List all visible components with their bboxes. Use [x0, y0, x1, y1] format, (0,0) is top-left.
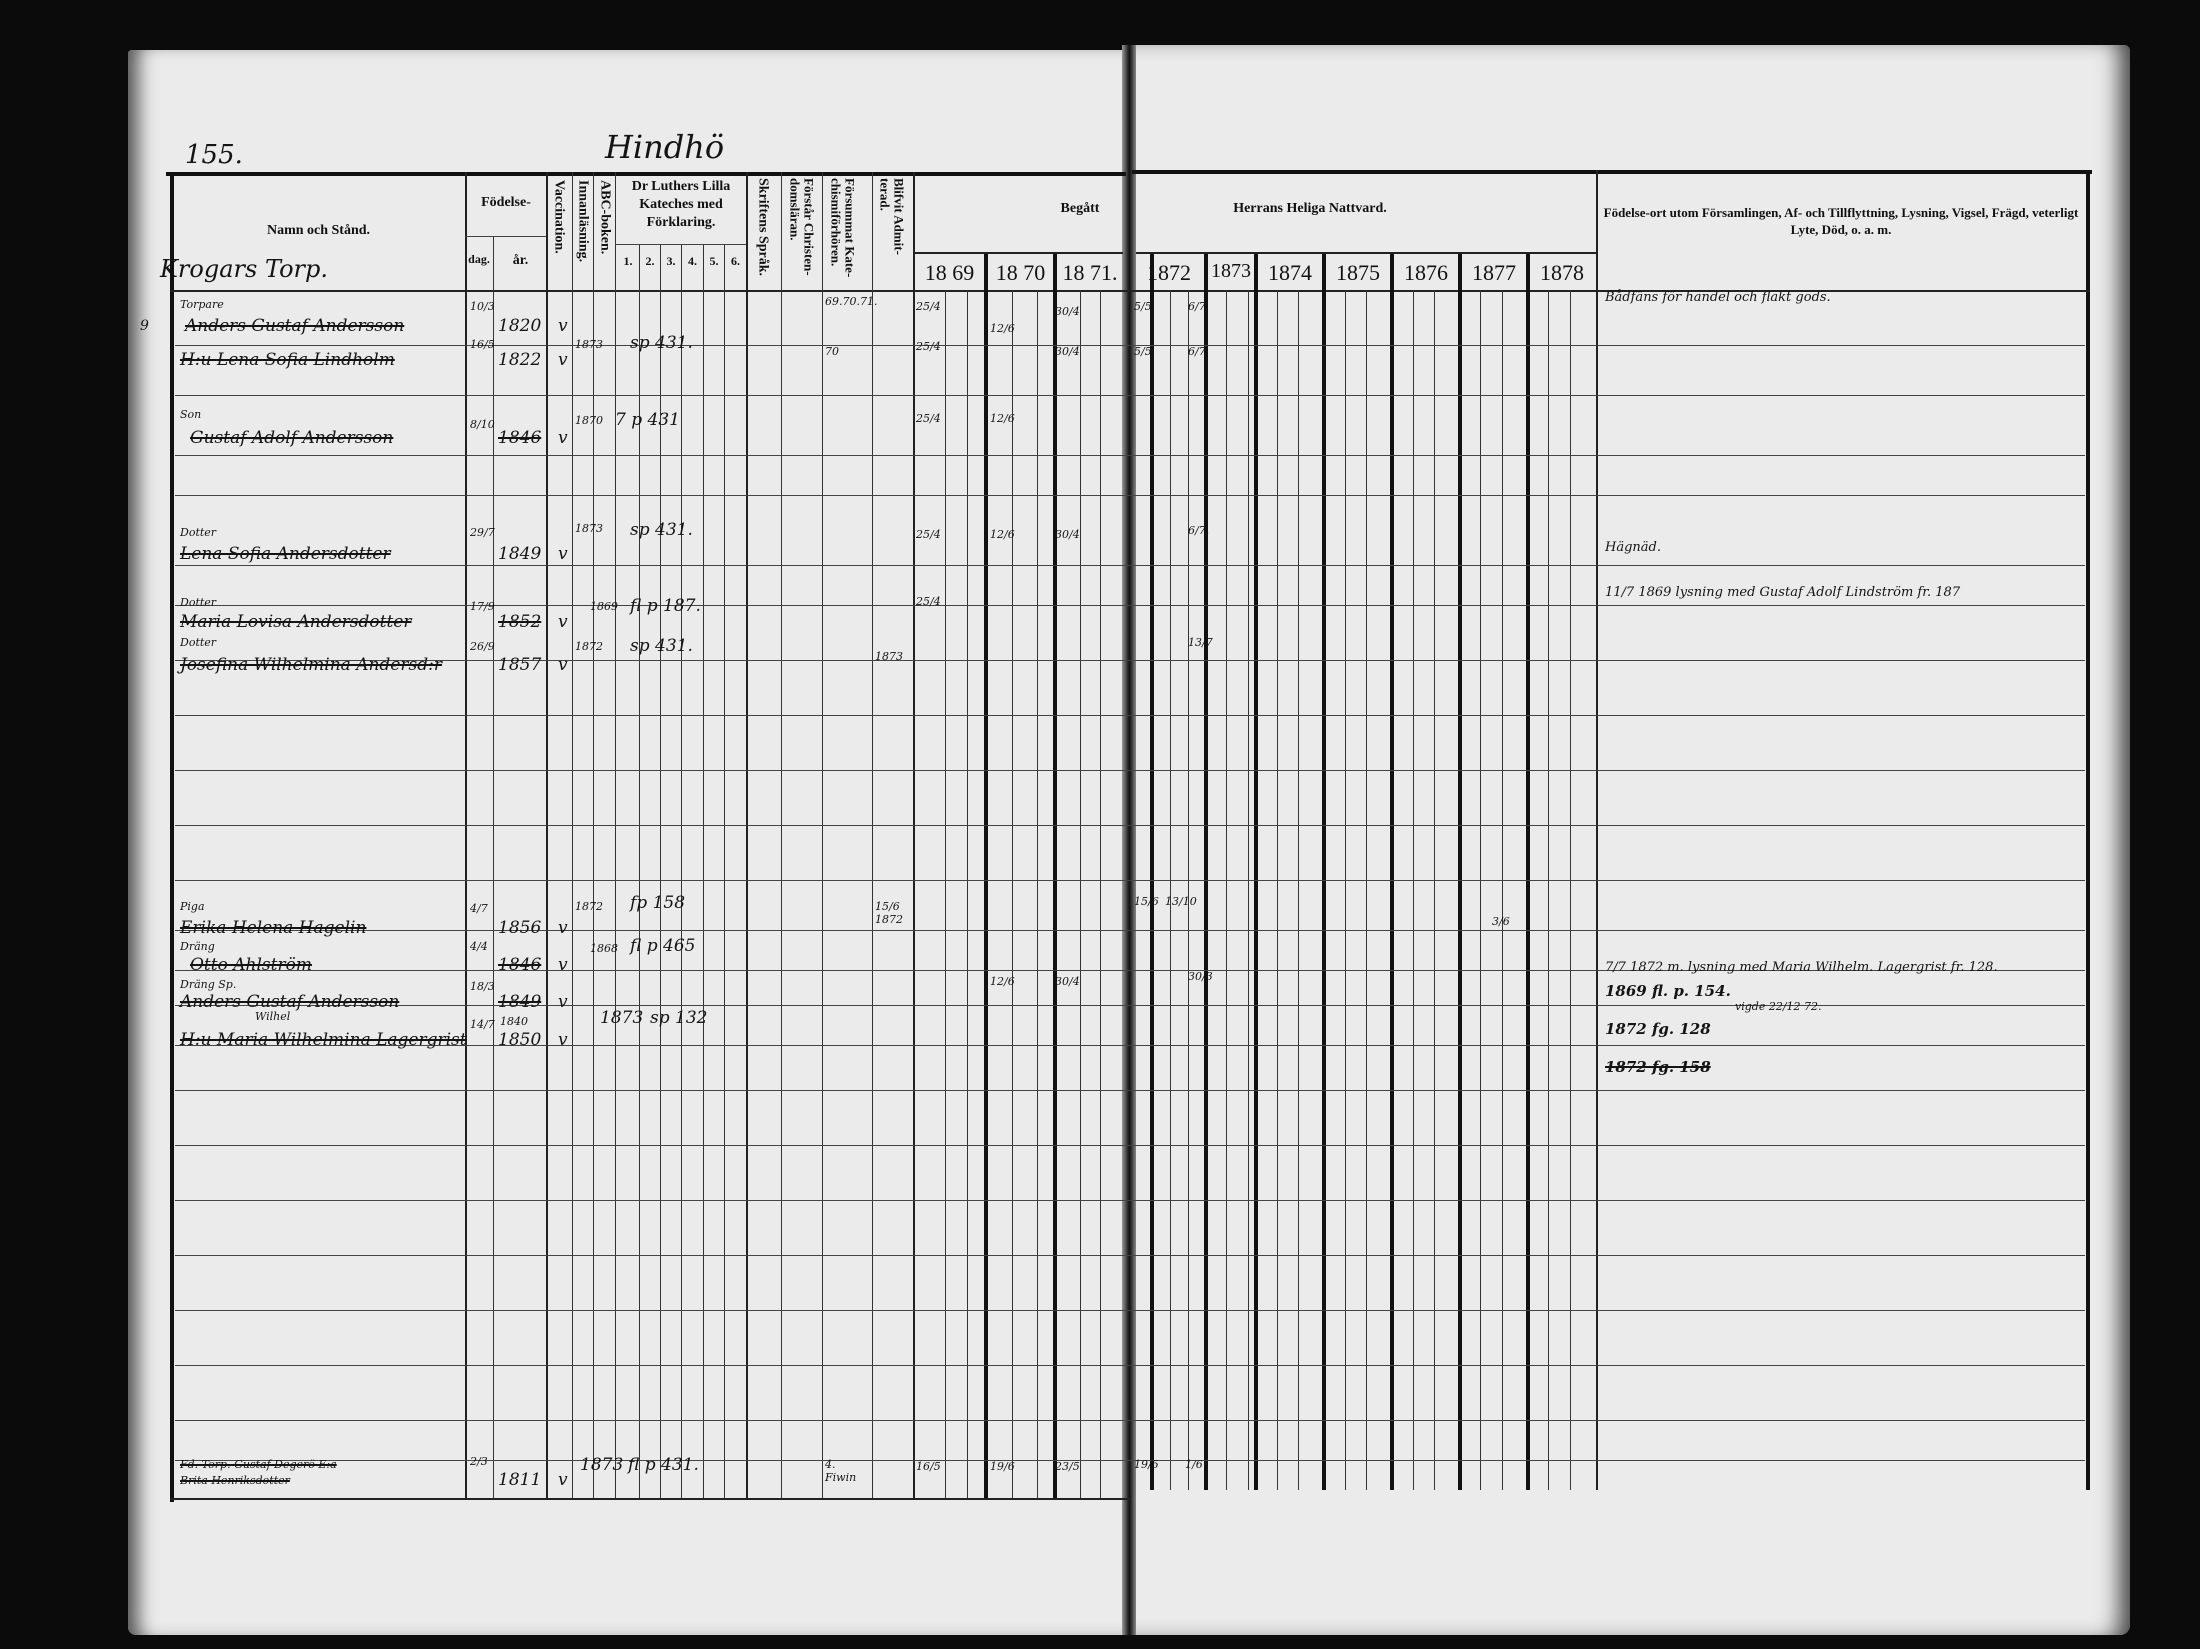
entry-year: 1849	[498, 544, 541, 564]
entry-catechism: sp 431.	[630, 636, 693, 656]
entry-vaccination: v	[558, 544, 568, 564]
entry-vaccination: v	[558, 428, 568, 448]
entry-communion-1869: 25/4	[916, 300, 941, 313]
entry-communion-1869: 25/4	[916, 412, 941, 425]
entry-communion-1870: 19/6	[990, 1460, 1015, 1473]
entry-catechism: sp 431.	[630, 333, 693, 353]
entry-communion-1870: 12/6	[990, 322, 1015, 335]
entry-catechism: sp 132	[650, 1008, 707, 1028]
header-communion-right: Herrans Heliga Nattvard.	[1160, 200, 1460, 218]
col-rule	[822, 172, 823, 1498]
entry-day: 18/3	[470, 980, 495, 993]
left-page	[128, 50, 1128, 1635]
col-rule	[781, 172, 782, 1498]
entry-name: Maria Lovisa Andersdotter	[180, 612, 411, 632]
col-rule	[913, 172, 915, 1498]
entry-vaccination: v	[558, 316, 568, 336]
place-heading: Hindhö	[605, 128, 724, 166]
entry-role: H:u	[180, 350, 212, 370]
entry-role: H:u	[180, 1030, 212, 1050]
col-rule	[465, 172, 467, 1498]
entry-vaccination: v	[558, 992, 568, 1012]
catechism-part-5: 5.	[704, 254, 724, 270]
entry-communion-1873: 6/7.	[1188, 524, 1209, 537]
row-marker: 9	[140, 318, 149, 334]
catechism-part-1: 1.	[617, 254, 639, 270]
catechism-sub-rule	[615, 244, 746, 245]
year-row-rule	[1136, 252, 1596, 254]
entry-note: Wilhel	[255, 1010, 290, 1023]
col-rule	[1150, 252, 1154, 1490]
entry-role: Dotter	[180, 636, 216, 649]
header-missed: Försummat Kate- chismiförhören.	[828, 178, 857, 277]
table-top-left	[166, 172, 1126, 176]
year-1871: 18 71.	[1057, 260, 1123, 286]
entry-communion-1873: 6/7	[1188, 345, 1206, 358]
col-rule	[615, 172, 616, 1498]
row-rule	[175, 825, 2085, 826]
header-birth-day: dag.	[465, 252, 493, 268]
year-1869: 18 69	[915, 260, 984, 286]
table-bottom-left	[170, 1498, 1130, 1500]
entry-year: 1852	[498, 612, 541, 632]
year-1874: 1874	[1258, 260, 1322, 286]
catechism-part-2: 2.	[640, 254, 660, 270]
col-rule	[1322, 252, 1326, 1490]
header-reading: Innanläsning.	[575, 180, 590, 262]
entry-catechism: fl p 465	[630, 936, 695, 956]
entry-missed: 4. Fiwin	[825, 1458, 865, 1484]
header-birth-year: år.	[495, 252, 546, 270]
table-left-border	[170, 172, 174, 1502]
entry-catechism: fp 158	[630, 893, 685, 913]
header-abc: ABC-boken.	[597, 180, 612, 254]
year-1876: 1876	[1394, 260, 1458, 286]
col-rule	[1526, 252, 1530, 1490]
row-rule	[175, 455, 2085, 456]
col-rule	[1204, 252, 1208, 1490]
entry-abc: 1873	[575, 522, 603, 535]
header-birth: Födelse-	[467, 194, 545, 212]
entry-name: H:u Lena Sofia Lindholm	[180, 350, 395, 370]
row-rule	[175, 1310, 2085, 1311]
row-rule	[175, 1200, 2085, 1201]
entry-role: Dräng Sp.	[180, 978, 236, 991]
col-rule	[546, 172, 548, 1498]
entry-day: 14/7	[470, 1018, 495, 1031]
header-name: Namn och Stånd.	[172, 222, 465, 240]
entry-communion-1873: 30/3	[1188, 970, 1213, 983]
col-rule	[967, 290, 968, 1498]
entry-name: Anders Gustaf Andersson	[185, 316, 404, 336]
entry-role: Fd. Torp.	[180, 1458, 231, 1471]
entry-communion-1873: 1/6	[1185, 1458, 1203, 1471]
row-rule	[175, 1420, 2085, 1421]
col-rule	[1037, 290, 1038, 1498]
entry-year: 1857	[498, 655, 541, 675]
year-row-rule	[913, 252, 1123, 254]
col-rule	[1080, 290, 1081, 1498]
entry-vaccination: v	[558, 1470, 568, 1490]
col-rule	[1100, 290, 1101, 1498]
entry-name: H:u Maria Wilhelmina Lagergrist	[180, 1030, 467, 1050]
entry-communion-1870: 12/6	[990, 975, 1015, 988]
row-rule	[175, 605, 2085, 606]
entry-communion-1872: 5/5	[1134, 345, 1152, 358]
row-rule	[175, 715, 2085, 716]
entry-name: Fd. Torp. Gustaf Degerö E:a	[180, 1458, 337, 1471]
remark: 7/7 1872 m. lysning med Maria Wilhelm. L…	[1605, 960, 1998, 975]
entry-year: 1846	[498, 955, 541, 975]
entry-name-text: Gustaf Degerö E:a	[234, 1458, 337, 1471]
page-number: 155.	[185, 140, 243, 170]
entry-vaccination: v	[558, 1030, 568, 1050]
entry-communion-1872: 19/5	[1134, 1458, 1159, 1471]
row-rule	[175, 1460, 2085, 1461]
entry-role: Dräng	[180, 940, 215, 953]
entry-year: 1811	[498, 1470, 541, 1490]
col-rule	[984, 252, 988, 1498]
row-rule	[175, 345, 2085, 346]
entry-communion-1870: 12/6	[990, 528, 1015, 541]
remark: 11/7 1869 lysning med Gustaf Adolf Linds…	[1605, 585, 1960, 600]
entry-abc: 1868	[590, 942, 618, 955]
year-1873: 1873	[1208, 260, 1254, 283]
entry-communion-1869: 16/5	[916, 1460, 941, 1473]
section-heading: Krogars Torp.	[160, 255, 328, 283]
col-rule	[1458, 252, 1462, 1490]
table-right-border	[2086, 170, 2090, 1490]
entry-vaccination: v	[558, 350, 568, 370]
header-vaccination: Vaccination.	[551, 180, 566, 254]
entry-vaccination: v	[558, 955, 568, 975]
remark: 1869 fl. p. 154.	[1605, 982, 1731, 1000]
entry-communion-1873: 6/7	[1188, 300, 1206, 313]
year-1870: 18 70	[988, 260, 1053, 286]
entry-year: 1856	[498, 918, 541, 938]
remark: vigde 22/12 72.	[1735, 1000, 1822, 1013]
col-rule	[572, 172, 573, 1498]
entry-communion-1871: 30/4	[1055, 345, 1080, 358]
col-rule	[1596, 170, 1598, 1490]
entry-catechism: sp 431.	[630, 520, 693, 540]
row-rule	[175, 1145, 2085, 1146]
entry-role: Piga	[180, 900, 205, 913]
entry-communion-1871: 30/4	[1055, 975, 1080, 988]
entry-day: 16/5	[470, 338, 495, 351]
col-rule	[1254, 252, 1258, 1490]
row-rule	[175, 930, 2085, 931]
entry-communion-1873: 13/10	[1165, 895, 1197, 908]
remark: Bådfäns för handel och flakt gods.	[1605, 290, 1831, 305]
col-rule	[1053, 252, 1057, 1498]
catechism-part-4: 4.	[682, 254, 703, 270]
entry-name: Anders Gustaf Andersson	[180, 992, 399, 1012]
entry-catechism: fl p 187.	[630, 596, 701, 616]
header-understands: Förstår Christen- domsläran.	[787, 178, 816, 276]
remark: 1872 fg. 128	[1605, 1020, 1711, 1038]
entry-day: 8/10	[470, 418, 495, 431]
entry-abc: 1873	[600, 1008, 643, 1028]
entry-role: Torpare	[180, 298, 224, 311]
entry-communion-1869: 25/4	[916, 595, 941, 608]
entry-name-text: Lena Sofia Lindholm	[217, 350, 395, 370]
col-rule	[872, 172, 873, 1498]
year-1872: 1872	[1136, 260, 1202, 286]
header-remarks: Födelse-ort utom Församlingen, Af- och T…	[1600, 205, 2082, 239]
row-rule	[175, 880, 2085, 881]
entry-day: 10/3	[470, 300, 495, 313]
entry-vaccination: v	[558, 918, 568, 938]
row-rule	[175, 1255, 2085, 1256]
birth-sub-rule	[465, 236, 546, 237]
year-1875: 1875	[1326, 260, 1390, 286]
entry-missed: 70	[825, 345, 839, 358]
entry-communion-1871: 30/4	[1055, 528, 1080, 541]
entry-communion-1872: 5/5	[1134, 300, 1152, 313]
table-top-right	[1132, 170, 2092, 174]
entry-abc: 1873	[580, 1455, 623, 1475]
entry-catechism: fl p 431.	[628, 1455, 699, 1475]
entry-role: Dotter	[180, 526, 216, 539]
entry-name-text: Maria Wilhelmina Lagergrist	[217, 1030, 467, 1050]
row-rule	[175, 495, 2085, 496]
remark: 1872 fg. 158	[1605, 1058, 1711, 1076]
entry-role: Dotter	[180, 596, 216, 609]
entry-year: 1849	[498, 992, 541, 1012]
col-rule	[1012, 290, 1013, 1498]
entry-role: Son	[180, 408, 201, 421]
row-rule	[175, 660, 2085, 661]
header-admitted: Blifvit Admit- terad.	[877, 178, 906, 255]
entry-admitted: 1873	[875, 650, 903, 663]
row-rule	[175, 395, 2085, 396]
entry-name: Otto Ahlström	[190, 955, 312, 975]
entry-name: Josefina Wilhelmina Andersd:r	[180, 655, 442, 675]
row-rule	[175, 565, 2085, 566]
entry-communion-1877: 3/6	[1492, 915, 1510, 928]
header-communion-left: Begått	[1040, 200, 1120, 218]
col-rule	[746, 172, 748, 1498]
entry-name: Gustaf Adolf Andersson	[190, 428, 393, 448]
header-scripture: Skriftens Språk.	[755, 178, 770, 276]
entry-day: 26/9	[470, 640, 495, 653]
entry-day: 29/7	[470, 526, 495, 539]
year-1877: 1877	[1462, 260, 1526, 286]
entry-admitted: 15/6 1872	[875, 900, 911, 926]
entry-vaccination: v	[558, 655, 568, 675]
entry-communion-1871: 23/5	[1055, 1460, 1080, 1473]
entry-missed: 69.70.71.	[825, 295, 877, 308]
entry-day: 17/9	[470, 600, 495, 613]
entry-communion-1869: 25/4	[916, 528, 941, 541]
catechism-part-3: 3.	[661, 254, 681, 270]
col-rule	[593, 172, 594, 1498]
entry-name: Lena Sofia Andersdotter	[180, 544, 391, 564]
entry-abc: 1873	[575, 338, 603, 351]
entry-abc: 1870	[575, 414, 603, 427]
entry-day: 4/4	[470, 940, 488, 953]
entry-vaccination: v	[558, 612, 568, 632]
entry-abc: 1869	[590, 600, 618, 613]
header-catechism: Dr Luthers Lilla Kateches med Förklaring…	[617, 178, 745, 233]
year-1878: 1878	[1530, 260, 1594, 286]
entry-communion-1869: 25/4	[916, 340, 941, 353]
entry-communion-1873: 13/7	[1188, 636, 1213, 649]
entry-year: 1850	[498, 1030, 541, 1050]
entry-second-line: Brita Henriksdotter	[180, 1474, 290, 1487]
remark: Hägnäd.	[1605, 540, 1661, 555]
row-rule	[175, 770, 2085, 771]
entry-communion-1870: 12/6	[990, 412, 1015, 425]
entry-year: 1820	[498, 316, 541, 336]
col-rule	[945, 290, 946, 1498]
entry-name: Erika Helena Hagelin	[180, 918, 366, 938]
entry-abc: 1872	[575, 900, 603, 913]
entry-day: 2/3	[470, 1455, 488, 1468]
entry-abc: 1872	[575, 640, 603, 653]
entry-day: 4/7	[470, 902, 488, 915]
entry-year-note: 1840	[500, 1015, 528, 1028]
row-rule	[175, 1365, 2085, 1366]
row-rule	[175, 1090, 2085, 1091]
col-rule	[1390, 252, 1394, 1490]
entry-catechism: 7 p 431	[615, 410, 680, 430]
entry-communion-1872: 15/6	[1134, 895, 1159, 908]
entry-year: 1846	[498, 428, 541, 448]
book-gutter	[1122, 45, 1136, 1635]
catechism-part-6: 6.	[725, 254, 746, 270]
entry-communion-1871: 30/4	[1055, 305, 1080, 318]
entry-year: 1822	[498, 350, 541, 370]
